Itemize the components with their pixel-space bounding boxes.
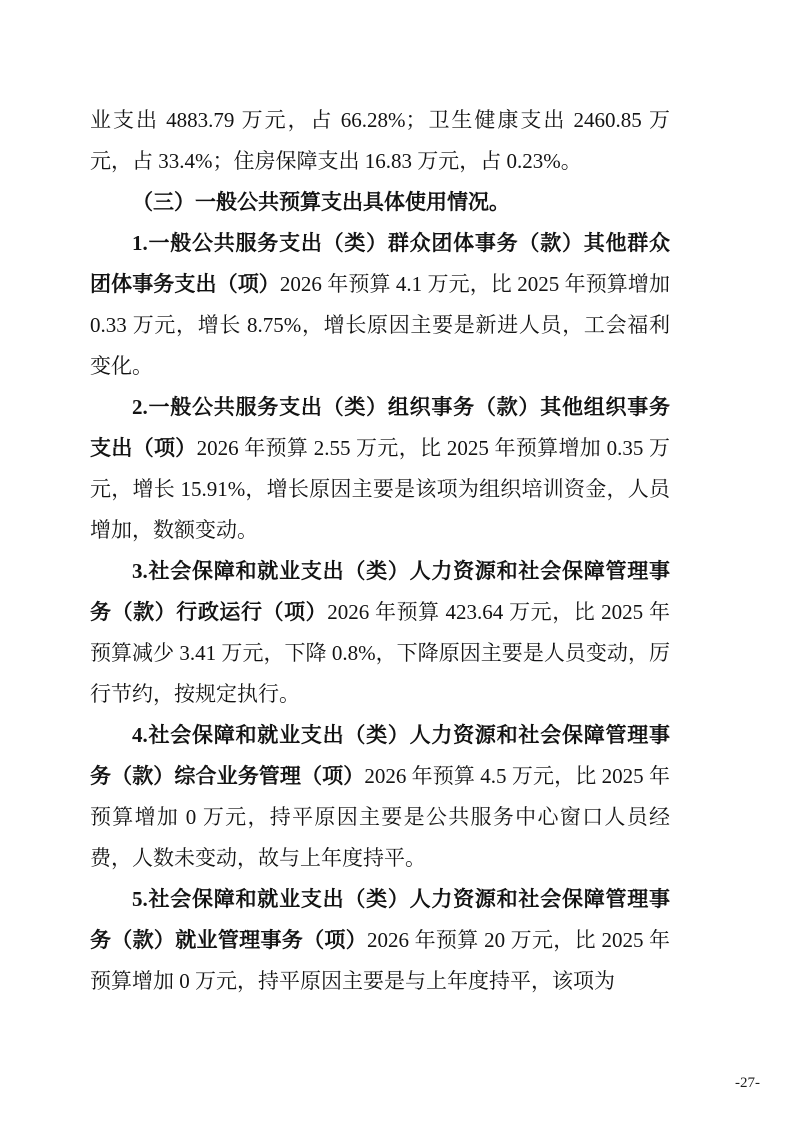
continuation-paragraph: 业支出 4883.79 万元，占 66.28%；卫生健康支出 2460.85 万… xyxy=(90,100,670,182)
document-body: 业支出 4883.79 万元，占 66.28%；卫生健康支出 2460.85 万… xyxy=(90,100,670,1002)
budget-paragraph-2: 2.一般公共服务支出（类）组织事务（款）其他组织事务支出（项）2026 年预算 … xyxy=(90,387,670,551)
budget-paragraph-4: 4.社会保障和就业支出（类）人力资源和社会保障管理事务（款）综合业务管理（项）2… xyxy=(90,715,670,879)
budget-paragraph-3: 3.社会保障和就业支出（类）人力资源和社会保障管理事务（款）行政运行（项）202… xyxy=(90,551,670,715)
budget-paragraph-1: 1.一般公共服务支出（类）群众团体事务（款）其他群众团体事务支出（项）2026 … xyxy=(90,223,670,387)
section-heading: （三）一般公共预算支出具体使用情况。 xyxy=(90,182,670,223)
page-number: -27- xyxy=(735,1076,760,1091)
document-page: 业支出 4883.79 万元，占 66.28%；卫生健康支出 2460.85 万… xyxy=(0,0,793,1122)
budget-paragraph-5: 5.社会保障和就业支出（类）人力资源和社会保障管理事务（款）就业管理事务（项）2… xyxy=(90,879,670,1002)
